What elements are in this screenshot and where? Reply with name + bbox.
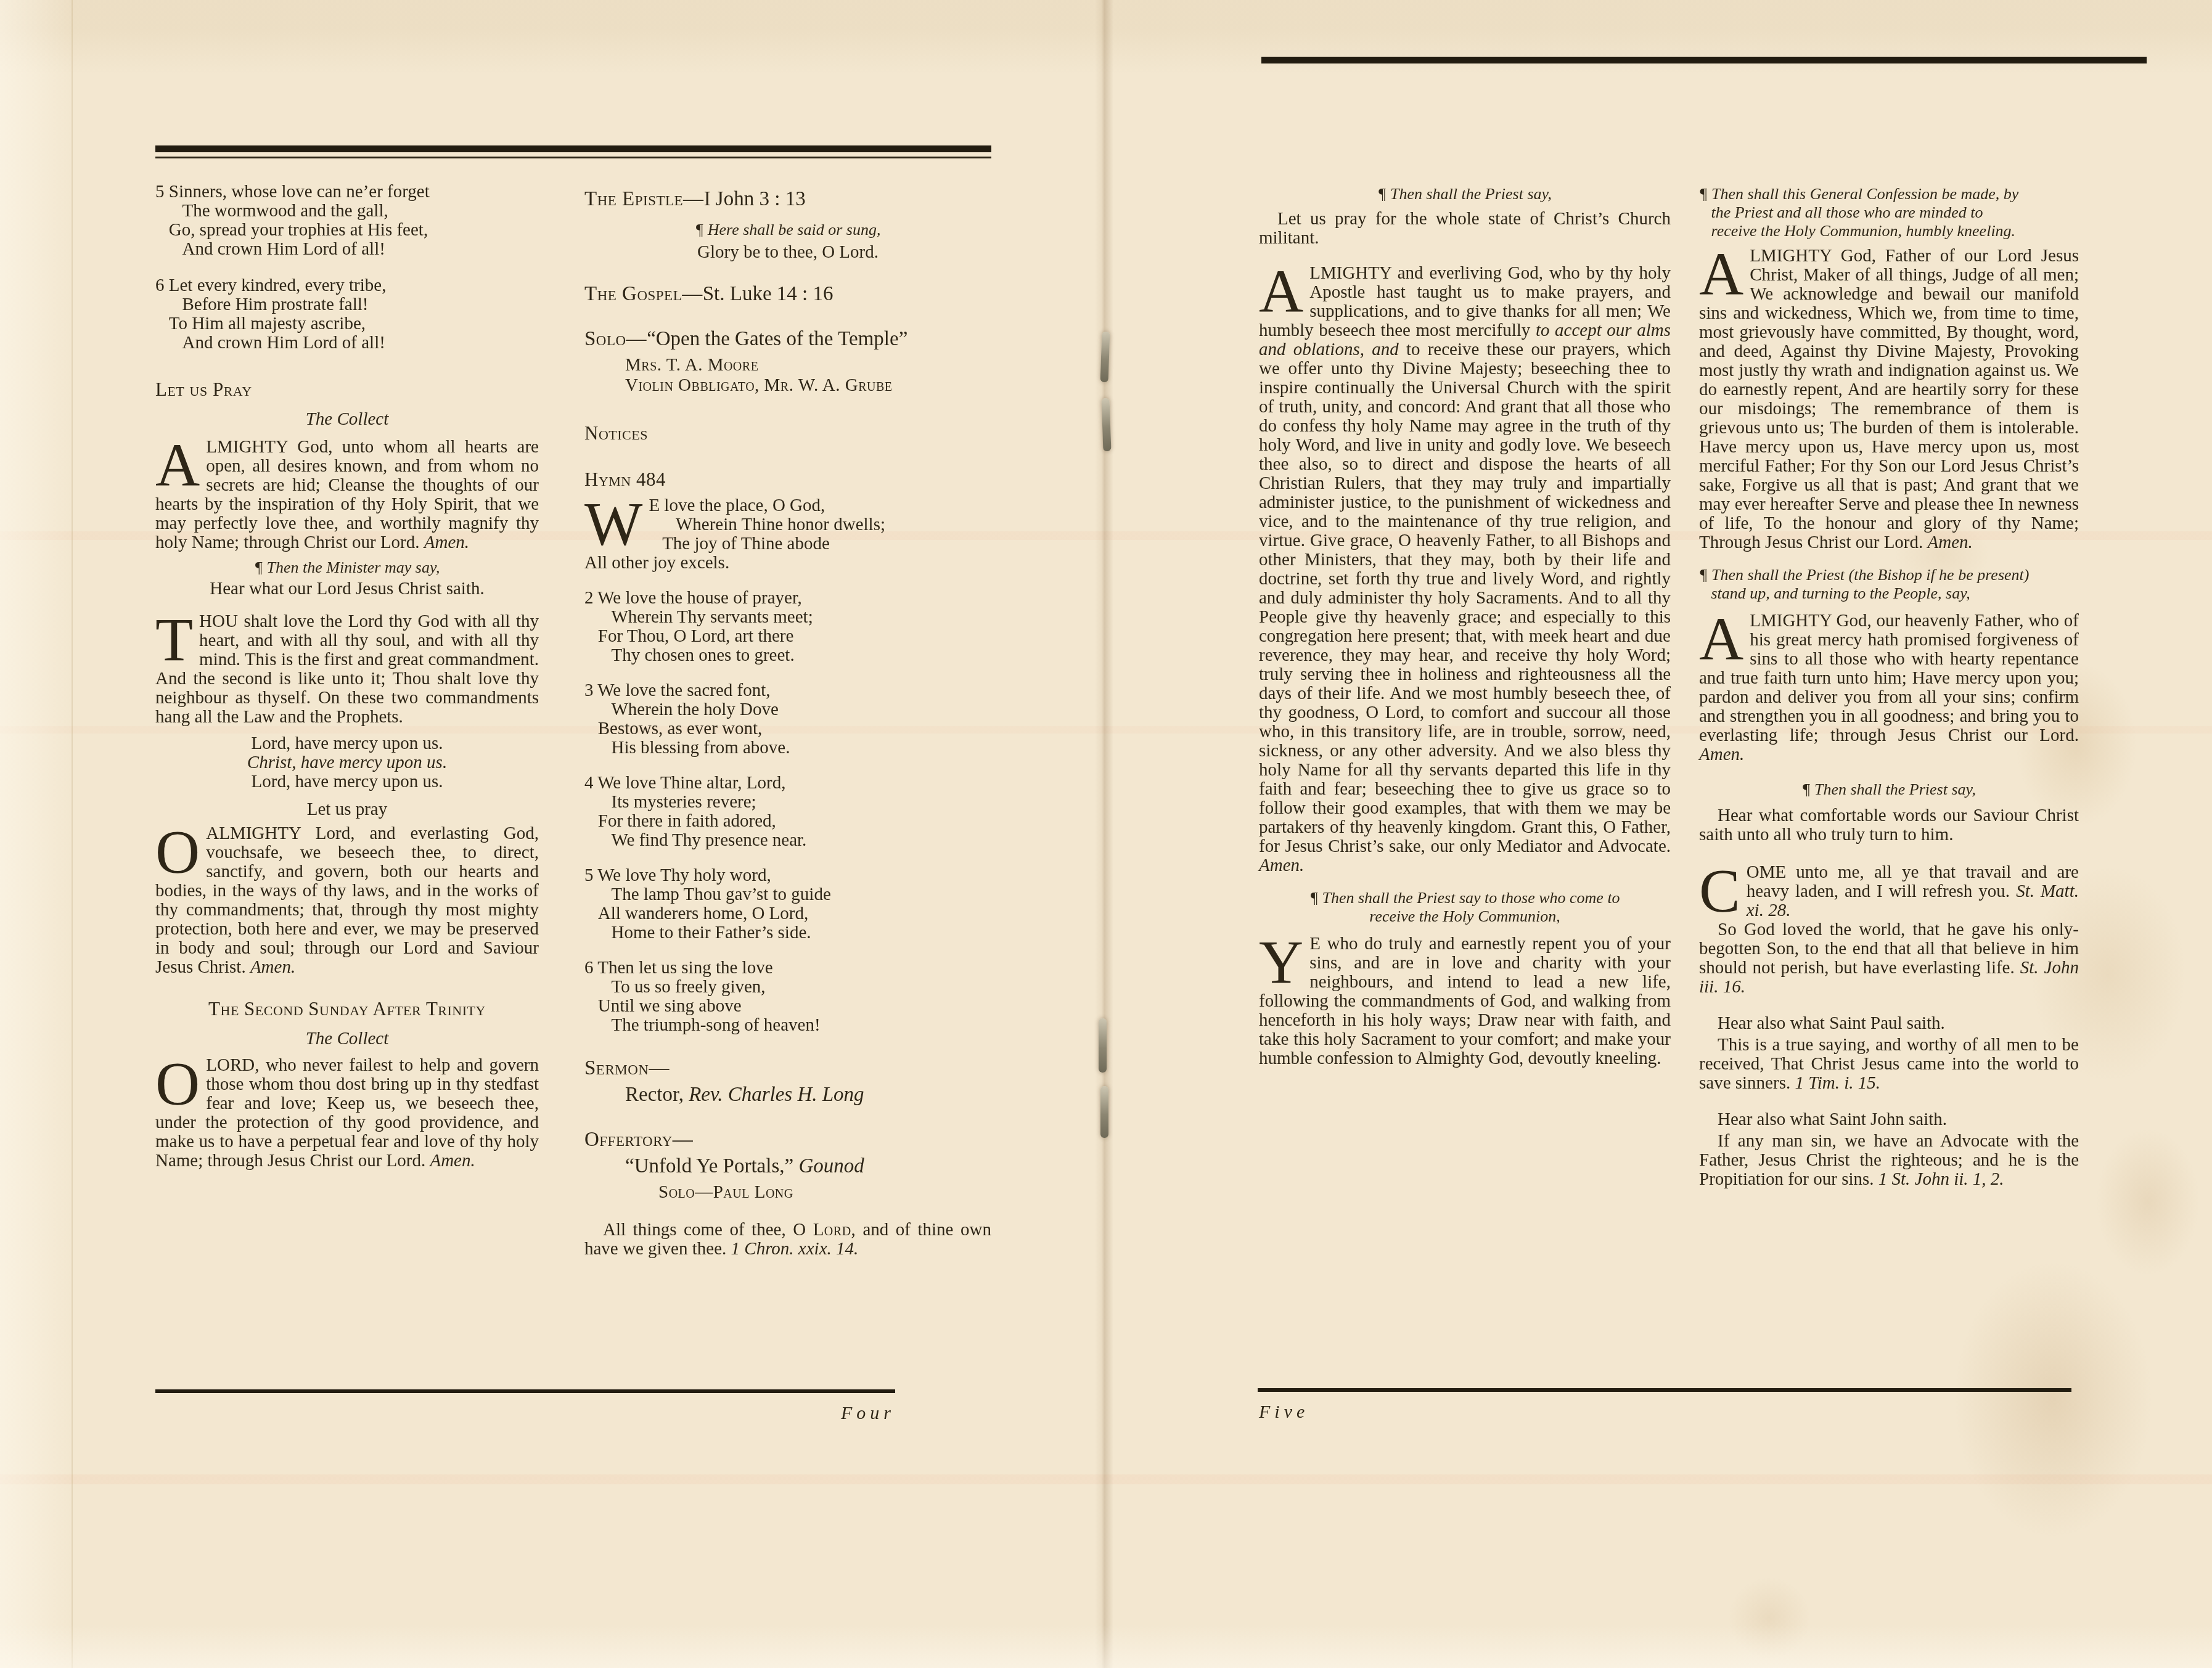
kyrie-line-1: Lord, have mercy upon us. xyxy=(155,734,539,753)
collect-for-purity-text: LMIGHTY God, unto whom all hearts are op… xyxy=(155,437,539,552)
glory-response: Glory be to thee, O Lord. xyxy=(584,243,991,262)
hymn-verse-5: 5 Sinners, whose love can ne’er forget T… xyxy=(155,182,539,259)
saint-paul-words-text: This is a true saying, and worthy of all… xyxy=(1699,1035,2079,1093)
comfortable-words-intro: Hear what comfortable words our Saviour … xyxy=(1699,806,2079,844)
solo-accompanist: Violin Obbligato, Mr. W. A. Grube xyxy=(584,376,991,395)
gospel-ref: St. Luke 14 : 16 xyxy=(703,283,834,305)
collect-for-purity: ALMIGHTY God, unto whom all hearts are o… xyxy=(155,438,539,552)
bulletin-spread: Four Five 5 Sinners, whose love can ne’e… xyxy=(0,0,2212,1668)
hymn-484-verse-3: 3 We love the sacred font, Wherein the h… xyxy=(584,681,991,758)
let-us-pray-small: Let us pray xyxy=(155,800,539,819)
rubric-priest-say-1: ¶ Then shall the Priest say, xyxy=(1259,185,1671,203)
right-page-top-rule xyxy=(1261,57,2147,63)
right-page-column-3: ¶ Then shall the Priest say, Let us pray… xyxy=(1259,185,1671,1068)
collect-second-sunday: O LORD, who never failest to help and go… xyxy=(155,1056,539,1171)
collect-label-2: The Collect xyxy=(155,1029,539,1049)
rubric-minister-may-say: ¶ Then the Minister may say, xyxy=(155,558,539,577)
collect-second-sunday-text: LORD, who never failest to help and gove… xyxy=(155,1055,539,1171)
epistle-ref: I John 3 : 13 xyxy=(704,188,806,210)
kyrie-line-2: Christ, have mercy upon us. xyxy=(155,753,539,772)
second-sunday-heading: The Second Sunday After Trinity xyxy=(155,998,539,1020)
amen: Amen. xyxy=(424,533,469,552)
church-militant-bidding: Let us pray for the whole state of Chris… xyxy=(1259,210,1671,248)
hymn-verse-6: 6 Let every kindred, every tribe, Before… xyxy=(155,276,539,353)
ye-who-do-truly: YE who do truly and earnestly repent you… xyxy=(1259,934,1671,1068)
general-confession-text: LMIGHTY God, Father of our Lord Jesus Ch… xyxy=(1699,246,2079,552)
solo-label: Solo— xyxy=(584,328,647,350)
collect-almighty-lord: O ALMIGHTY Lord, and everlasting God, vo… xyxy=(155,824,539,977)
epistle-label: The Epistle— xyxy=(584,188,704,210)
staple-bottom-upper-leg xyxy=(1099,1018,1107,1073)
rubric-general-confession: ¶ Then shall this General Confession be … xyxy=(1699,185,2079,240)
sermon-rector-name: Rev. Charles H. Long xyxy=(689,1084,864,1106)
paper-left-edge xyxy=(0,0,73,1668)
amen: Amen. xyxy=(1259,856,1304,875)
offertory-sentence-lord: Lord xyxy=(813,1220,851,1240)
amen: Amen. xyxy=(1699,745,1744,764)
great-commandment: THOU shalt love the Lord thy God with al… xyxy=(155,612,539,727)
notices-heading: Notices xyxy=(584,422,991,444)
amen: Amen. xyxy=(250,957,295,977)
hear-saint-paul: Hear also what Saint Paul saith. xyxy=(1699,1014,2079,1033)
general-confession: ALMIGHTY God, Father of our Lord Jesus C… xyxy=(1699,247,2079,552)
left-page-footer-rule xyxy=(155,1389,895,1393)
kyrie-line-3: Lord, have mercy upon us. xyxy=(155,772,539,791)
absolution: ALMIGHTY God, our heavenly Father, who o… xyxy=(1699,611,2079,764)
prayer-for-church-text-2: to receive these our prayers, which we o… xyxy=(1259,340,1671,856)
left-page-column-2: The Epistle—I John 3 : 13 ¶ Here shall b… xyxy=(584,188,991,1259)
saint-paul-words: This is a true saying, and worthy of all… xyxy=(1699,1036,2079,1093)
offertory-sentence-ref: 1 Chron. xxix. 14. xyxy=(731,1239,859,1259)
hymn-484-verse-6: 6 Then let us sing the love To us so fre… xyxy=(584,959,991,1035)
rubric-said-or-sung: ¶ Here shall be said or sung, xyxy=(584,221,991,239)
amen: Amen. xyxy=(430,1151,475,1171)
sermon-rector: Rector, xyxy=(625,1084,689,1106)
sermon-heading: Sermon— xyxy=(584,1057,991,1080)
rubric-communion-invitation: ¶ Then shall the Priest say to those who… xyxy=(1259,889,1671,926)
prayer-for-church: ALMIGHTY and everliving God, who by thy … xyxy=(1259,264,1671,875)
left-page-top-rule-thick xyxy=(155,145,991,152)
saint-john-words-ref: 1 St. John ii. 1, 2. xyxy=(1878,1169,2004,1189)
solo-performer: Mrs. T. A. Moore xyxy=(584,356,991,375)
hymn-484-verse-2: 2 We love the house of prayer, Wherein T… xyxy=(584,589,991,665)
paper-bottom-edge xyxy=(0,1625,2212,1668)
collect-label-1: The Collect xyxy=(155,410,539,429)
center-fold-crease xyxy=(1095,0,1113,1668)
solo-title: “Open the Gates of the Temple” xyxy=(647,328,907,350)
hear-what-line: Hear what our Lord Jesus Christ saith. xyxy=(155,579,539,599)
paper-left-edge-line xyxy=(72,0,73,1668)
offertory-title: “Unfold Ye Portals,” xyxy=(625,1155,798,1177)
hear-saint-john: Hear also what Saint John saith. xyxy=(1699,1110,2079,1129)
amen: Amen. xyxy=(1928,533,1973,552)
offertory-heading: Offertory— xyxy=(584,1129,991,1151)
saint-john-words: If any man sin, we have an Advocate with… xyxy=(1699,1132,2079,1189)
collect-almighty-lord-text: ALMIGHTY Lord, and everlasting God, vouc… xyxy=(155,824,539,977)
hymn-484-verse-5: 5 We love Thy holy word, The lamp Thou g… xyxy=(584,866,991,942)
gospel-heading: The Gospel—St. Luke 14 : 16 xyxy=(584,283,991,306)
page-number-four: Four xyxy=(155,1403,895,1424)
epistle-heading: The Epistle—I John 3 : 13 xyxy=(584,188,991,211)
hymn-484-verse-4: 4 We love Thine altar, Lord, Its mysteri… xyxy=(584,774,991,850)
left-page-top-rule-thin xyxy=(155,157,991,158)
saint-paul-words-ref: 1 Tim. i. 15. xyxy=(1795,1073,1880,1093)
gospel-label: The Gospel— xyxy=(584,283,703,305)
rubric-absolution: ¶ Then shall the Priest (the Bishop if h… xyxy=(1699,566,2079,603)
let-us-pray-heading: Let us Pray xyxy=(155,378,539,400)
staple-bottom-lower-leg xyxy=(1100,1086,1108,1138)
hymn-484-verse-1: WE love the place, O God, Wherein Thine … xyxy=(584,496,991,573)
offertory-soloist: Solo—Paul Long xyxy=(584,1183,991,1202)
rubric-priest-say-2: ¶ Then shall the Priest say, xyxy=(1699,780,2079,799)
offertory-sentence: All things come of thee, O Lord, and of … xyxy=(584,1220,991,1259)
right-page-footer-rule xyxy=(1258,1388,2071,1392)
solo-heading: Solo—“Open the Gates of the Temple” xyxy=(584,328,991,351)
hymn-484-heading: Hymn 484 xyxy=(584,468,991,490)
right-page-column-4: ¶ Then shall this General Confession be … xyxy=(1699,185,2079,1189)
offertory-piece: “Unfold Ye Portals,” Gounod xyxy=(584,1155,991,1178)
come-unto-me: COME unto me, all ye that travail and ar… xyxy=(1699,863,2079,920)
absolution-text: LMIGHTY God, our heavenly Father, who of… xyxy=(1699,611,2079,745)
sermon-byline: Rector, Rev. Charles H. Long xyxy=(584,1084,991,1106)
so-god-loved: So God loved the world, that he gave his… xyxy=(1699,920,2079,997)
page-number-five: Five xyxy=(1259,1402,1309,1423)
offertory-composer: Gounod xyxy=(798,1155,864,1177)
left-page-column-1: 5 Sinners, whose love can ne’er forget T… xyxy=(155,182,539,1171)
offertory-sentence-text-1: All things come of thee, O xyxy=(603,1220,813,1240)
